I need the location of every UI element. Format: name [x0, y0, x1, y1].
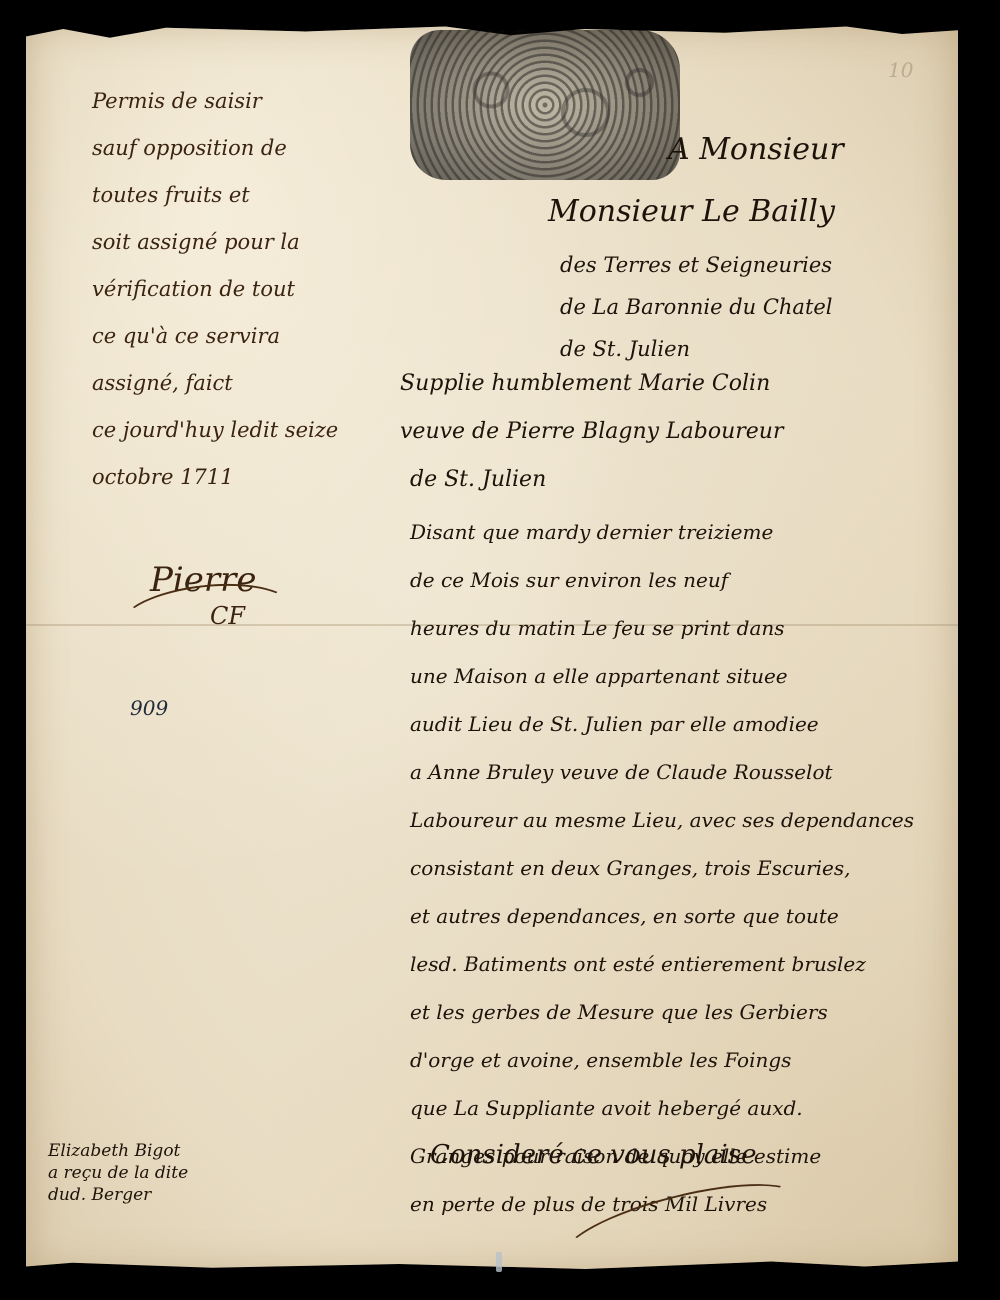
petition-line: veuve de Pierre Blagny Laboureur [400, 408, 784, 456]
petition-line: heures du matin Le feu se print dans [410, 604, 914, 652]
address-line: de La Baronnie du Chatel [560, 286, 833, 328]
address-line: des Terres et Seigneuries [560, 244, 833, 286]
petition-line: et autres dependances, en sorte que tout… [410, 892, 914, 940]
faded-page-number: 10 [888, 58, 913, 82]
margin-note-line: assigné, faict [92, 360, 338, 407]
margin-note-line: octobre 1711 [92, 454, 338, 501]
margin-note-line: ce qu'à ce servira [92, 313, 338, 360]
margin-note-line: ce jourd'huy ledit seize [92, 407, 338, 454]
petition-line: Supplie humblement Marie Colin [400, 360, 784, 408]
petition-line: une Maison a elle appartenant situee [410, 652, 914, 700]
petition-line: de ce Mois sur environ les neuf [410, 556, 914, 604]
margin-note: Permis de saisir sauf opposition de tout… [92, 78, 338, 501]
petition-line: a Anne Bruley veuve de Claude Rousselot [410, 748, 914, 796]
margin-note-line: toutes fruits et [92, 172, 338, 219]
petition-line: Disant que mardy dernier treizieme [410, 508, 914, 556]
bottom-note-line: a reçu de la dite [48, 1162, 188, 1184]
bottom-note-line: Elizabeth Bigot [48, 1140, 188, 1162]
salutation: A Monsieur [668, 132, 844, 167]
petition-line: Laboureur au mesme Lieu, avec ses depend… [410, 796, 914, 844]
margin-note-line: soit assigné pour la [92, 219, 338, 266]
petition-body: Disant que mardy dernier treizieme de ce… [410, 508, 914, 1228]
archive-number: 909 [130, 696, 168, 720]
petition-line: que La Suppliante avoit hebergé auxd. [410, 1084, 914, 1132]
margin-note-line: vérification de tout [92, 266, 338, 313]
petition-line: d'orge et avoine, ensemble les Foings [410, 1036, 914, 1084]
tax-stamp-icon [410, 30, 680, 180]
petition-line: lesd. Batiments ont esté entierement bru… [410, 940, 914, 988]
address-block: des Terres et Seigneuries de La Baronnie… [560, 244, 833, 370]
petition-line: et les gerbes de Mesure que les Gerbiers [410, 988, 914, 1036]
petition-opening: Supplie humblement Marie Colin veuve de … [400, 360, 784, 504]
margin-note-line: Permis de saisir [92, 78, 338, 125]
margin-note-line: sauf opposition de [92, 125, 338, 172]
petition-line: consistant en deux Granges, trois Escuri… [410, 844, 914, 892]
addressee-title: Monsieur Le Bailly [548, 194, 835, 229]
petition-closing: Consideré ce vous plaise [430, 1140, 756, 1170]
petition-line: de St. Julien [400, 456, 784, 504]
bottom-note-line: dud. Berger [48, 1184, 188, 1206]
petition-line: audit Lieu de St. Julien par elle amodie… [410, 700, 914, 748]
paper-tear [496, 1252, 502, 1272]
bottom-left-note: Elizabeth Bigot a reçu de la dite dud. B… [48, 1140, 188, 1206]
